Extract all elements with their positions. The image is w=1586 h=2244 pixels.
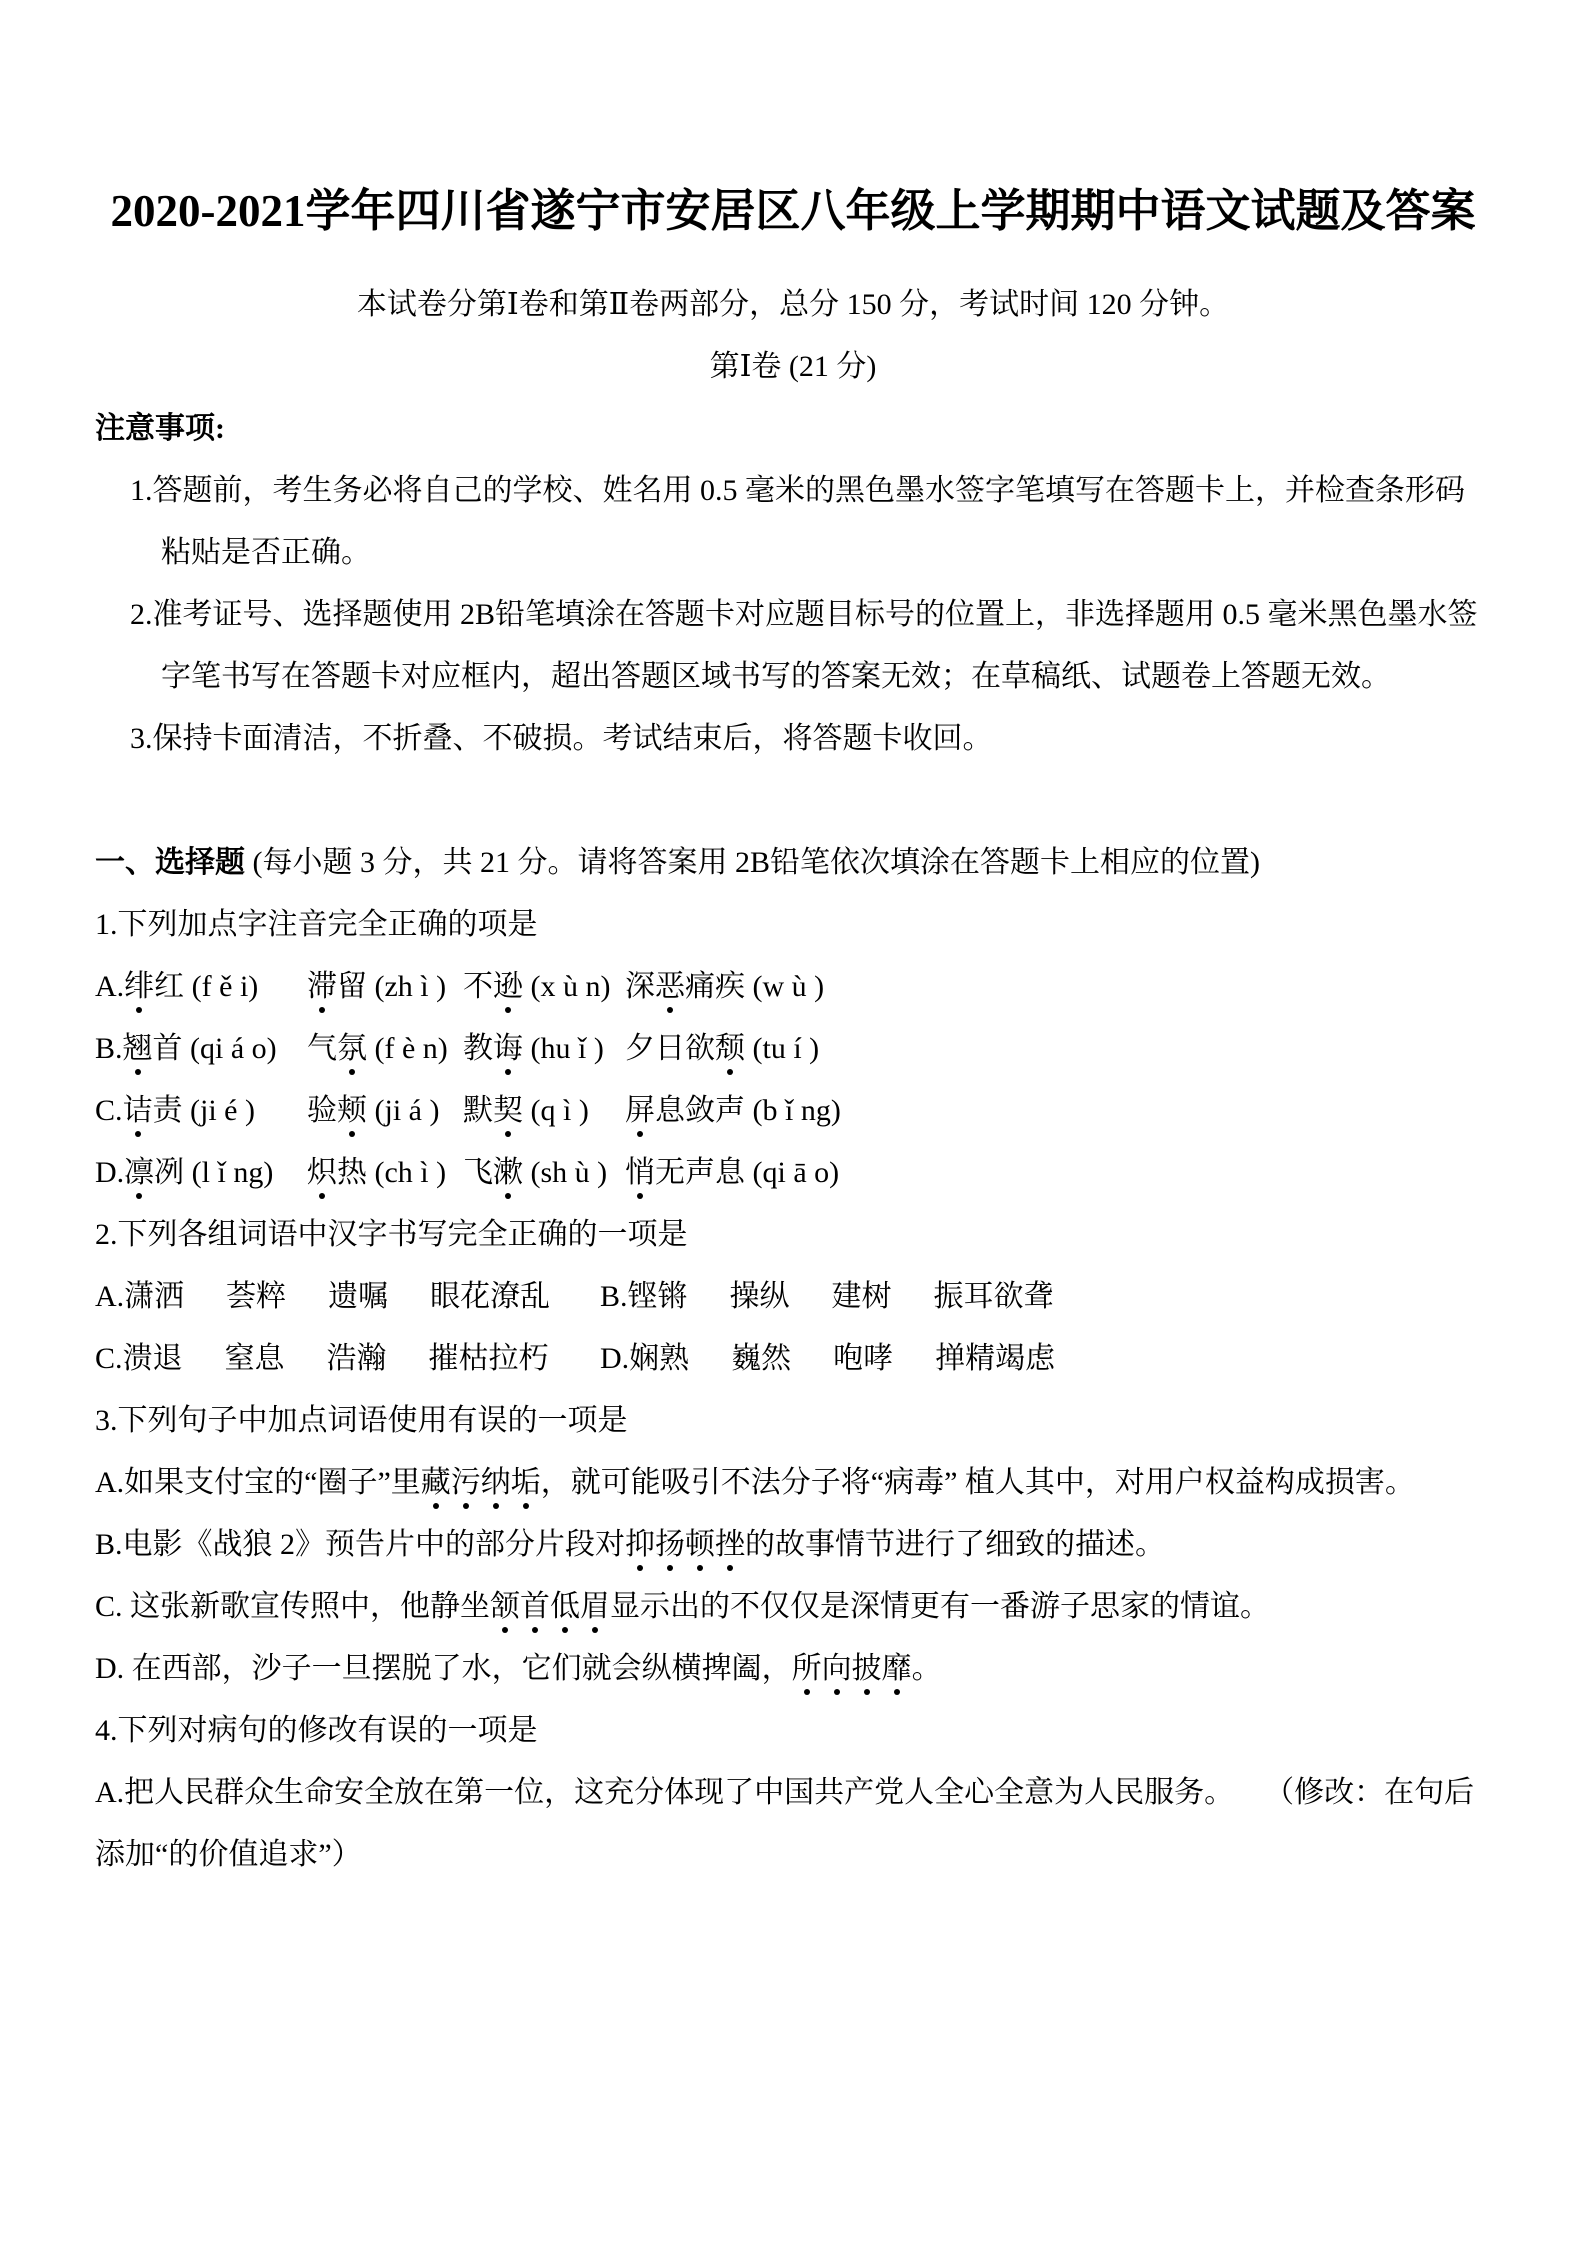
- option-word: B.铿锵: [600, 1266, 688, 1328]
- option-line: D. 在西部，沙子一旦摆脱了水，它们就会纵横捭阖，所向披靡。: [95, 1638, 1491, 1700]
- option-row: B.翘首 (qi á o)气氛 (f è n)教诲 (hu ǐ )夕日欲颓 (t…: [95, 1018, 1491, 1080]
- notice-heading: 注意事项:: [95, 398, 1491, 460]
- option-cell: 不逊 (x ù n): [463, 956, 625, 1018]
- question-stem: 2.下列各组词语中汉字书写完全正确的一项是: [95, 1204, 1491, 1266]
- option-row: A.绯红 (f ě i)滞留 (zh ì )不逊 (x ù n)深恶痛疾 (w …: [95, 956, 1491, 1018]
- option-word: 浩瀚: [327, 1328, 387, 1390]
- option-cell: A.潇洒荟粹遗嘱眼花潦乱: [95, 1266, 600, 1328]
- option-cell: 悄无声息 (qi ā o): [625, 1142, 1491, 1204]
- option-cell: 飞漱 (sh ù ): [463, 1142, 625, 1204]
- question-list: 1.下列加点字注音完全正确的项是A.绯红 (f ě i)滞留 (zh ì )不逊…: [95, 894, 1491, 1886]
- exam-info: 本试卷分第Ⅰ卷和第Ⅱ卷两部分，总分 150 分，考试时间 120 分钟。: [95, 274, 1491, 336]
- option-word: 巍然: [731, 1328, 791, 1390]
- exam-document: 2020-2021学年四川省遂宁市安居区八年级上学期期中语文试题及答案 本试卷分…: [0, 0, 1586, 2244]
- option-line: B.电影《战狼 2》预告片中的部分片段对抑扬顿挫的故事情节进行了细致的描述。: [95, 1514, 1491, 1576]
- section-note: (每小题 3 分，共 21 分。请将答案用 2B铅笔依次填涂在答题卡上相应的位置…: [245, 846, 1260, 879]
- notice-item: 2.准考证号、选择题使用 2B铅笔填涂在答题卡对应题目标号的位置上，非选择题用 …: [95, 584, 1491, 708]
- option-cell: C.溃退窒息浩瀚摧枯拉朽: [95, 1328, 600, 1390]
- option-cell: B.翘首 (qi á o): [95, 1018, 307, 1080]
- page-title: 2020-2021学年四川省遂宁市安居区八年级上学期期中语文试题及答案: [95, 172, 1491, 250]
- question-stem: 4.下列对病句的修改有误的一项是: [95, 1700, 1491, 1762]
- option-row: D.凛冽 (l ǐ ng)炽热 (ch ì )飞漱 (sh ù )悄无声息 (q…: [95, 1142, 1491, 1204]
- option-row: C.溃退窒息浩瀚摧枯拉朽D.娴熟巍然咆哮掸精竭虑: [95, 1328, 1491, 1390]
- option-word: 建树: [832, 1266, 892, 1328]
- section-title: 一、选择题: [95, 846, 245, 879]
- option-cell: 滞留 (zh ì ): [307, 956, 463, 1018]
- option-cell: 验颊 (ji á ): [307, 1080, 463, 1142]
- option-word: 操纵: [730, 1266, 790, 1328]
- option-line: A.把人民群众生命安全放在第一位，这充分体现了中国共产党人全心全意为人民服务。 …: [95, 1762, 1491, 1886]
- option-row: A.潇洒荟粹遗嘱眼花潦乱B.铿锵操纵建树振耳欲聋: [95, 1266, 1491, 1328]
- option-cell: 气氛 (f è n): [307, 1018, 463, 1080]
- option-row: C.诘责 (ji é )验颊 (ji á )默契 (q ì )屏息敛声 (b ǐ…: [95, 1080, 1491, 1142]
- option-cell: 深恶痛疾 (w ù ): [625, 956, 1491, 1018]
- option-word: D.娴熟: [600, 1328, 689, 1390]
- option-word: 遗嘱: [328, 1266, 388, 1328]
- notice-item: 3.保持卡面清洁，不折叠、不破损。考试结束后，将答题卡收回。: [95, 708, 1491, 770]
- option-word: A.潇洒: [95, 1266, 184, 1328]
- option-cell: B.铿锵操纵建树振耳欲聋: [600, 1266, 1491, 1328]
- option-line: A.如果支付宝的“圈子”里藏污纳垢，就可能吸引不法分子将“病毒” 植人其中，对用…: [95, 1452, 1491, 1514]
- option-cell: D.凛冽 (l ǐ ng): [95, 1142, 307, 1204]
- option-word: 窒息: [225, 1328, 285, 1390]
- option-word: 荟粹: [226, 1266, 286, 1328]
- option-cell: D.娴熟巍然咆哮掸精竭虑: [600, 1328, 1491, 1390]
- option-line: C. 这张新歌宣传照中，他静坐颔首低眉显示出的不仅仅是深情更有一番游子思家的情谊…: [95, 1576, 1491, 1638]
- option-cell: 教诲 (hu ǐ ): [463, 1018, 625, 1080]
- option-word: 眼花潦乱: [430, 1266, 550, 1328]
- notice-list: 1.答题前，考生务必将自己的学校、姓名用 0.5 毫米的黑色墨水签字笔填写在答题…: [95, 460, 1491, 770]
- option-cell: A.绯红 (f ě i): [95, 956, 307, 1018]
- option-cell: C.诘责 (ji é ): [95, 1080, 307, 1142]
- section-heading: 一、选择题 (每小题 3 分，共 21 分。请将答案用 2B铅笔依次填涂在答题卡…: [95, 832, 1491, 894]
- option-cell: 夕日欲颓 (tu í ): [625, 1018, 1491, 1080]
- option-cell: 炽热 (ch ì ): [307, 1142, 463, 1204]
- option-word: 掸精竭虑: [935, 1328, 1055, 1390]
- question-stem: 3.下列句子中加点词语使用有误的一项是: [95, 1390, 1491, 1452]
- option-cell: 默契 (q ì ): [463, 1080, 625, 1142]
- option-word: 摧枯拉朽: [429, 1328, 549, 1390]
- option-cell: 屏息敛声 (b ǐ ng): [625, 1080, 1491, 1142]
- option-word: C.溃退: [95, 1328, 183, 1390]
- option-word: 咆哮: [833, 1328, 893, 1390]
- part-heading: 第Ⅰ卷 (21 分): [95, 336, 1491, 398]
- option-word: 振耳欲聋: [934, 1266, 1054, 1328]
- question-stem: 1.下列加点字注音完全正确的项是: [95, 894, 1491, 956]
- notice-item: 1.答题前，考生务必将自己的学校、姓名用 0.5 毫米的黑色墨水签字笔填写在答题…: [95, 460, 1491, 584]
